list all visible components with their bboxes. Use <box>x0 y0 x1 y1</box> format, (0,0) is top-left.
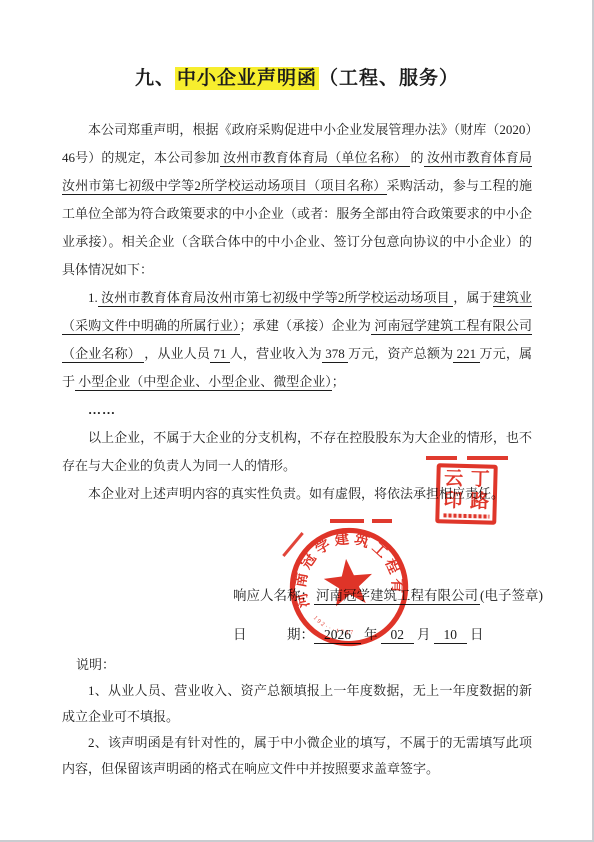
date-year-unit: 年 <box>361 627 381 642</box>
underlined-fill-in: 221 <box>453 346 479 363</box>
text-segment: 1. <box>88 290 98 305</box>
date-day-unit: 日 <box>467 627 487 642</box>
text-segment: ； <box>332 374 345 389</box>
stamp-code-strip <box>443 513 489 518</box>
underlined-fill-in: 汝州市教育体育局汝州市第七初级中学等2所学校运动场项目 <box>98 290 453 307</box>
note-item-1: 1、从业人员、营业收入、资产总额填报上一年度数据，无上一年度数据的新成立企业可不… <box>62 678 532 730</box>
date-label: 日 期： <box>233 627 314 642</box>
document-content: 九、中小企业声明函（工程、服务） 本公司郑重声明，根据《政府采购促进中小企业发展… <box>62 0 532 508</box>
respondent-name-line: 响应人名称：河南冠学建筑工程有限公司(电子签章) <box>233 582 543 610</box>
paragraph-not-large-enterprise: 以上企业，不属于大企业的分支机构，不存在控股股东为大企业的情形，也不存在与大企业… <box>62 424 532 480</box>
respondent-name-value: 河南冠学建筑工程有限公司 <box>314 588 480 605</box>
text-segment: ；承建（承接）企业为 <box>240 318 371 333</box>
underlined-fill-in: 71 <box>210 346 230 363</box>
date-year-value: 2026 <box>314 627 361 644</box>
text-segment: 的 <box>410 150 423 165</box>
note-item-2: 2、该声明函是有针对性的，属于中小微企业的填写，不属于的无需填写此项内容，但保留… <box>62 730 532 782</box>
notes-heading: 说明： <box>62 652 532 678</box>
date-month-unit: 月 <box>414 627 434 642</box>
text-segment: 万元，资产总额为 <box>348 346 453 361</box>
date-day-value: 10 <box>434 627 468 644</box>
title-number: 九、 <box>135 68 175 89</box>
page-title: 九、中小企业声明函（工程、服务） <box>62 66 532 92</box>
date-line: 日 期：2026年02月10日 <box>233 621 543 649</box>
underlined-fill-in: 汝州市教育体育局（单位名称） <box>220 150 411 167</box>
red-mark-line <box>330 519 392 523</box>
underlined-fill-in: 小型企业（中型企业、小型企业、微型企业） <box>75 374 332 391</box>
paragraph-project-item: 1. 汝州市教育体育局汝州市第七初级中学等2所学校运动场项目 ，属于建筑业（采购… <box>62 284 532 396</box>
red-mark-slash <box>282 532 304 557</box>
paragraph-responsibility: 本企业对上述声明内容的真实性负责。如有虚假，将依法承担相应责任。 <box>62 480 532 508</box>
paragraph-ellipsis: …… <box>62 396 532 424</box>
title-suffix: （工程、服务） <box>319 68 459 89</box>
date-month-value: 02 <box>381 627 415 644</box>
respondent-name-label: 响应人名称： <box>233 588 314 603</box>
paragraph-declaration: 本公司郑重声明，根据《政府采购促进中小企业发展管理办法》（财库（2020）46号… <box>62 116 532 284</box>
notes-section: 说明： 1、从业人员、营业收入、资产总额填报上一年度数据，无上一年度数据的新成立… <box>62 652 532 782</box>
underlined-fill-in: 378 <box>322 346 348 363</box>
declaration-document-page: 九、中小企业声明函（工程、服务） 本公司郑重声明，根据《政府采购促进中小企业发展… <box>0 0 594 842</box>
text-segment: 人，营业收入为 <box>230 346 322 361</box>
electronic-signature-note: (电子签章) <box>480 588 543 603</box>
text-segment: ，属于 <box>453 290 492 305</box>
title-highlight: 中小企业声明函 <box>175 67 319 90</box>
text-segment: ，从业人员 <box>144 346 210 361</box>
signature-block: 响应人名称：河南冠学建筑工程有限公司(电子签章) 日 期：2026年02月10日 <box>233 582 543 649</box>
